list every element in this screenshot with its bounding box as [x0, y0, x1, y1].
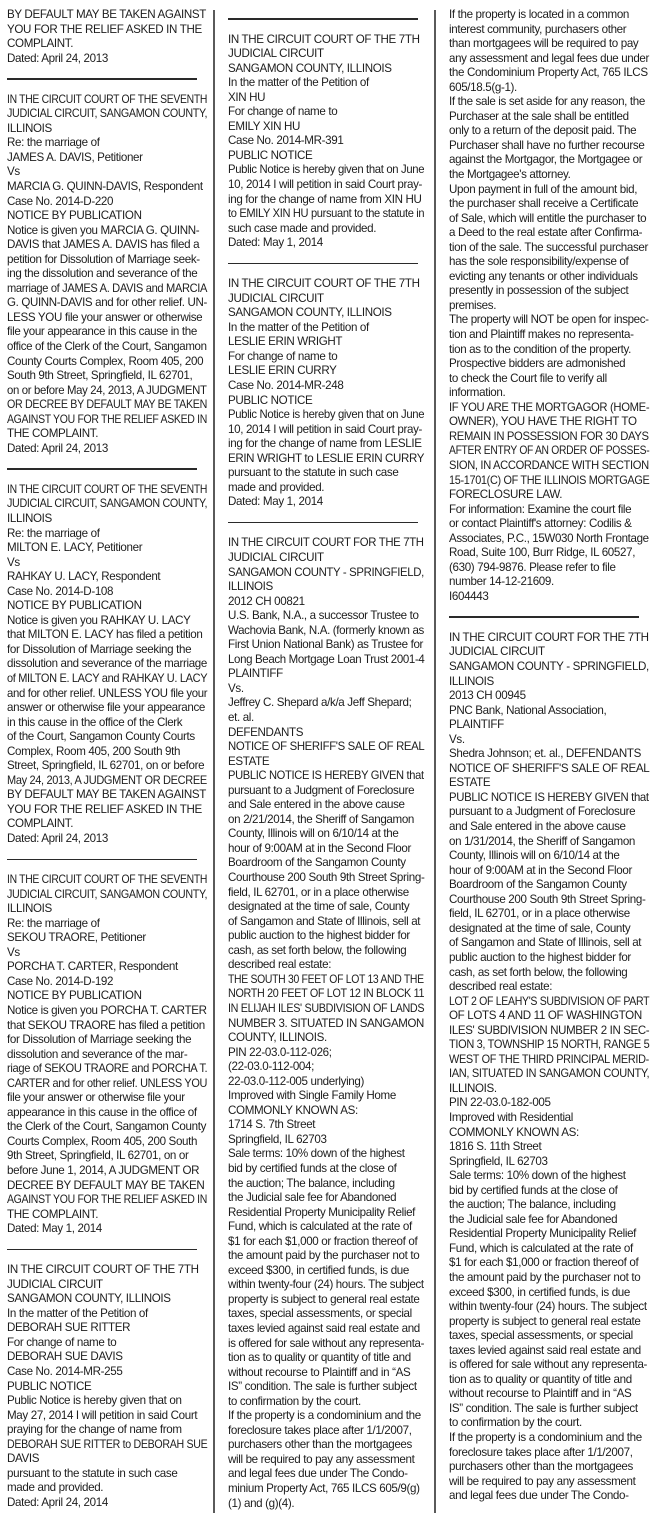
notice-line: 2012 CH 00821 [228, 595, 424, 610]
notice-line: only to a return of the deposit paid. Th… [449, 124, 649, 139]
notice-line: field, IL 62701, or in a place otherwise [449, 907, 649, 922]
notice-line: Wachovia Bank, N.A. (formerly known as [228, 624, 423, 639]
notice-line: PLAINTIFF [228, 667, 424, 682]
notice-line: will be required to pay any assessment [228, 1453, 424, 1468]
notice-line: Courthouse 200 South 9th Street Spring- [449, 893, 649, 908]
notice-line: of Sangamon and State of Illinois, sell … [228, 915, 424, 930]
notice-line: IS” condition. The sale is further subje… [228, 1380, 424, 1395]
column-middle: IN THE CIRCUIT COURT OF THE 7THJUDICIAL … [228, 8, 424, 1511]
column-divider [434, 10, 436, 1513]
notice-line: taxes levied against said real estate an… [449, 1344, 649, 1359]
notice-line: the amount paid by the purchaser not to [449, 1271, 649, 1286]
notice-line: DEBORAH SUE RITTER to DEBORAH SUE [7, 1438, 190, 1453]
notice-line: CARTER and for other relief. UNLESS YOU [7, 1077, 196, 1092]
column-left: BY DEFAULT MAY BE TAKEN AGAINSTYOU FOR T… [7, 8, 207, 1511]
notice-line: ERIN WRIGHT to LESLIE ERIN CURRY [228, 452, 423, 467]
notice-line: a Deed to the real estate after Confirma… [449, 226, 649, 241]
notice-line: any assessment and legal fees due under [449, 52, 648, 67]
notice-line: Dated: April 24, 2014 [7, 1496, 207, 1511]
notice-line: PLAINTIFF [449, 718, 649, 733]
notice-line: Case No. 2014-MR-255 [7, 1365, 207, 1380]
notice-line: (1) and (g)(4). [228, 1497, 424, 1512]
notice-line: hour of 9:00AM at in the Second Floor [449, 864, 649, 879]
section-rule [228, 522, 418, 524]
notice-line: BY DEFAULT MAY BE TAKEN AGAINST [7, 788, 207, 803]
notice-line: IF YOU ARE THE MORTGAGOR (HOME- [449, 401, 643, 416]
notice-line: on 1/31/2014, the Sheriff of Sangamon [449, 835, 649, 850]
notice-line: foreclosure takes place after 1/1/2007, [228, 1424, 424, 1439]
notice-line: PIN 22-03.0-112-026; [228, 1046, 424, 1061]
section-rule [7, 859, 197, 861]
notice-line: tion of the sale. The successful purchas… [449, 241, 649, 256]
notice-line: Sale terms: 10% down of the highest [228, 1147, 424, 1162]
notice-line: IAN, SITUATED IN SANGAMON COUNTY, [449, 1067, 639, 1082]
notice-line: will be required to pay any assessment [449, 1475, 649, 1490]
notice-line: PUBLIC NOTICE [228, 394, 424, 409]
notice-line: If the sale is set aside for any reason,… [449, 95, 649, 110]
notice-line: and legal fees due under The Condo- [449, 1489, 649, 1504]
notice-line: on 2/21/2014, the Sheriff of Sangamon [228, 813, 424, 828]
notice-line: JUDICIAL CIRCUIT, SANGAMON COUNTY, [7, 888, 192, 903]
notice-line: NORTH 20 FEET OF LOT 12 IN BLOCK 11 [228, 987, 410, 1002]
notice-line: Purchaser at the sale shall be entitled [449, 110, 649, 125]
notice-line: ESTATE [228, 755, 424, 770]
notice-line: dissolution and severance of the mar- [7, 1048, 207, 1063]
legal-notice: BY DEFAULT MAY BE TAKEN AGAINSTYOU FOR T… [7, 8, 207, 66]
notice-line: without recourse to Plaintiff and in “AS [449, 1387, 649, 1402]
notice-line: 10, 2014 I will petition in said Court p… [228, 178, 424, 193]
notice-line: the Condominium Property Act, 765 ILCS [449, 66, 649, 81]
notice-line: designated at the time of sale, County [228, 900, 424, 915]
notice-line: within twenty-four (24) hours. The subje… [449, 1300, 649, 1315]
notice-line: to confirmation by the court. [449, 1416, 649, 1431]
legal-notices-page: BY DEFAULT MAY BE TAKEN AGAINSTYOU FOR T… [0, 0, 667, 1513]
notice-line: May 27, 2014 I will petition in said Cou… [7, 1409, 207, 1424]
notice-line: BY DEFAULT MAY BE TAKEN AGAINST [7, 8, 207, 23]
notice-line: described real estate: [449, 980, 649, 995]
notice-line: $1 for each $1,000 or fraction thereof o… [228, 1235, 424, 1250]
notice-line: tion as to quality or quantity of title … [449, 1373, 649, 1388]
notice-line: for Dissolution of Marriage seeking the [7, 1033, 207, 1048]
notice-line: In the matter of the Petition of [228, 76, 424, 91]
notice-line: or contact Plaintiff's attorney: Codilis… [449, 517, 649, 532]
notice-line: is offered for sale without any represen… [449, 1358, 649, 1373]
notice-line: Improved with Residential [449, 1111, 649, 1126]
notice-line: 605/18.5(g-1). [449, 81, 649, 96]
notice-line: I604443 [449, 590, 649, 605]
notice-line: Vs [7, 165, 207, 180]
notice-line: DAVIS [7, 1452, 207, 1467]
notice-line: against the Mortgagor, the Mortgagee or [449, 153, 649, 168]
notice-line: (630) 794-9876. Please refer to file [449, 561, 649, 576]
column-right: If the property is located in a commonin… [449, 8, 649, 1504]
notice-line: Dated: April 24, 2013 [7, 52, 207, 67]
notice-line: MILTON E. LACY, Petitioner [7, 541, 207, 556]
notice-line: NOTICE BY PUBLICATION [7, 599, 207, 614]
notice-line: ing for the change of name from XIN HU [228, 193, 424, 208]
notice-line: PUBLIC NOTICE IS HEREBY GIVEN that [449, 791, 645, 806]
legal-notice: IN THE CIRCUIT COURT OF THE 7THJUDICIAL … [228, 277, 424, 510]
notice-line: IN THE CIRCUIT COURT OF THE SEVENTH [7, 873, 186, 888]
notice-line: IN THE CIRCUIT COURT OF THE 7TH [228, 277, 424, 292]
notice-line: For change of name to [228, 105, 424, 120]
notice-line: ILLINOIS [228, 580, 424, 595]
notice-line: Road, Suite 100, Burr Ridge, IL 60527, [449, 546, 649, 561]
notice-line: PUBLIC NOTICE [228, 149, 424, 164]
notice-line: ILLINOIS [7, 512, 207, 527]
notice-line: purchasers other than the mortgagees [449, 1460, 649, 1475]
notice-line: If the property is a condominium and the [228, 1409, 424, 1424]
notice-line: ILLINOIS. [449, 1082, 649, 1097]
notice-line: DEFENDANTS [228, 726, 424, 741]
notice-line: within twenty-four (24) hours. The subje… [228, 1278, 422, 1293]
notice-line: cash, as set forth below, the following [228, 944, 424, 959]
notice-line: G. QUINN-DAVIS and for other relief. UN- [7, 296, 206, 311]
notice-line: LOT 2 OF LEAHY'S SUBDIVISION OF PART [449, 995, 631, 1010]
notice-line: FORECLOSURE LAW. [449, 488, 649, 503]
notice-line: than mortgagees will be required to pay [449, 37, 649, 52]
notice-line: IN THE CIRCUIT COURT FOR THE 7TH [228, 536, 420, 551]
notice-line: dissolution and severance of the marriag… [7, 657, 206, 672]
notice-line: Dated: April 24, 2013 [7, 832, 207, 847]
notice-line: County Courts Complex, Room 405, 200 [7, 355, 207, 370]
notice-line: OF LOTS 4 AND 11 OF WASHINGTON [449, 1009, 649, 1024]
notice-line: designated at the time of sale, County [449, 922, 649, 937]
legal-notice: IN THE CIRCUIT COURT FOR THE 7THJUDICIAL… [228, 536, 424, 1511]
notice-line: JUDICIAL CIRCUIT [228, 47, 424, 62]
notice-line: Shedra Johnson; et. al., DEFENDANTS [449, 747, 649, 762]
notice-line: SANGAMON COUNTY, ILLINOIS [7, 1292, 207, 1307]
notice-line: tion as to the condition of the property… [449, 343, 649, 358]
notice-line: the purchaser shall receive a Certificat… [449, 197, 649, 212]
notice-line: described real estate: [228, 958, 424, 973]
notice-line: 1714 S. 7th Street [228, 1118, 424, 1133]
notice-line: the auction; The balance, including [449, 1198, 649, 1213]
notice-line: Boardroom of the Sangamon County [228, 856, 424, 871]
notice-line: and for other relief. UNLESS YOU file yo… [7, 687, 203, 702]
notice-line: OR DECREE BY DEFAULT MAY BE TAKEN [7, 398, 191, 413]
notice-line: SEKOU TRAORE, Petitioner [7, 931, 207, 946]
notice-line: marriage of JAMES A. DAVIS and MARCIA [7, 282, 198, 297]
notice-line: IN THE CIRCUIT COURT FOR THE 7TH [449, 631, 649, 646]
notice-line: MARCIA G. QUINN-DAVIS, Respondent [7, 180, 207, 195]
notice-line: Dated: April 24, 2013 [7, 442, 207, 457]
notice-line: Jeffrey C. Shepard a/k/a Jeff Shepard; [228, 696, 424, 711]
notice-line: SANGAMON COUNTY - SPRINGFIELD, [228, 566, 420, 581]
notice-line: for Dissolution of Marriage seeking the [7, 643, 207, 658]
notice-line: evicting any tenants or other individual… [449, 270, 649, 285]
notice-line: DEBORAH SUE DAVIS [7, 1350, 207, 1365]
notice-line: bid by certified funds at the close of [449, 1184, 649, 1199]
notice-line: AFTER ENTRY OF AN ORDER OF POSSES- [449, 444, 627, 459]
notice-line: YOU FOR THE RELIEF ASKED IN THE [7, 803, 207, 818]
notice-line: interest community, purchasers other [449, 23, 649, 38]
notice-line: NOTICE OF SHERIFF'S SALE OF REAL [449, 762, 649, 777]
notice-line: DECREE BY DEFAULT MAY BE TAKEN [7, 1179, 207, 1194]
notice-line: ILLINOIS [449, 675, 649, 690]
notice-line: Springfield, IL 62703 [449, 1155, 649, 1170]
notice-line: ILLINOIS [7, 122, 207, 137]
notice-line: LESLIE ERIN WRIGHT [228, 335, 424, 350]
notice-line: Upon payment in full of the amount bid, [449, 183, 649, 198]
notice-line: THE COMPLAINT. [7, 427, 207, 442]
notice-line: number 14-12-21609. [449, 575, 649, 590]
notice-line: South 9th Street, Springfield, IL 62701, [7, 369, 207, 384]
notice-line: Case No. 2014-D-220 [7, 195, 207, 210]
section-rule [7, 468, 197, 470]
notice-line: Purchaser shall have no further recourse [449, 139, 649, 154]
notice-line: that MILTON E. LACY has filed a petition [7, 628, 207, 643]
notice-line: to EMILY XIN HU pursuant to the statute … [228, 207, 415, 222]
notice-line: Improved with Single Family Home [228, 1089, 424, 1104]
notice-line: Case No. 2014-D-192 [7, 975, 207, 990]
notice-line: Dated: May 1, 2014 [228, 236, 424, 251]
notice-line: IN THE CIRCUIT COURT OF THE 7TH [228, 33, 424, 48]
notice-line: Complex, Room 405, 200 South 9th [7, 745, 207, 760]
notice-line: LESLIE ERIN CURRY [228, 364, 424, 379]
notice-line: PIN 22-03.0-182-005 [449, 1096, 649, 1111]
notice-line: Re: the marriage of [7, 136, 207, 151]
notice-line: of MILTON E. LACY and RAHKAY U. LACY [7, 672, 197, 687]
notice-line: Boardroom of the Sangamon County [449, 878, 649, 893]
notice-line: 1816 S. 11th Street [449, 1140, 649, 1155]
notice-line: Prospective bidders are admonished [449, 357, 649, 372]
notice-line: The property will NOT be open for inspec… [449, 313, 648, 328]
notice-line: SANGAMON COUNTY, ILLINOIS [228, 306, 424, 321]
notice-line: In the matter of the Petition of [228, 321, 424, 336]
notice-line: XIN HU [228, 91, 424, 106]
notice-line: 10, 2014 I will petition in said Court p… [228, 423, 424, 438]
notice-line: COMMONLY KNOWN AS: [228, 1104, 424, 1119]
notice-line: riage of SEKOU TRAORE and PORCHA T. [7, 1062, 199, 1077]
notice-line: to check the Court file to verify all [449, 372, 649, 387]
notice-line: THE COMPLAINT. [7, 1208, 207, 1223]
notice-line: of Sangamon and State of Illinois, sell … [449, 936, 649, 951]
notice-line: Dated: May 1, 2014 [228, 495, 424, 510]
notice-line: IN ELIJAH ILES' SUBDIVISION OF LANDS [228, 1002, 410, 1017]
notice-line: tion and Plaintiff makes no representa- [449, 328, 649, 343]
notice-line: First Union National Bank) as Trustee fo… [228, 638, 424, 653]
notice-line: Public Notice is hereby given that on Ju… [228, 408, 419, 423]
notice-line: before June 1, 2014, A JUDGMENT OR [7, 1164, 207, 1179]
notice-line: made and provided. [228, 481, 424, 496]
notice-line: COMPLAINT. [7, 817, 207, 832]
section-rule [7, 1249, 197, 1251]
notice-line: tion as to quality or quantity of title … [228, 1351, 424, 1366]
notice-line: TION 3, TOWNSHIP 15 NORTH, RANGE 5 [449, 1038, 639, 1053]
notice-line: JUDICIAL CIRCUIT [228, 551, 424, 566]
notice-line: Re: the marriage of [7, 917, 207, 932]
notice-line: Notice is given you PORCHA T. CARTER [7, 1004, 207, 1019]
notice-line: JUDICIAL CIRCUIT [228, 292, 424, 307]
section-rule [449, 616, 639, 618]
notice-line: JUDICIAL CIRCUIT [449, 645, 649, 660]
notice-line: For change of name to [228, 350, 424, 365]
notice-line: IN THE CIRCUIT COURT OF THE 7TH [7, 1263, 207, 1278]
notice-line: pursuant to the statute in such case [228, 466, 424, 481]
notice-line: NOTICE BY PUBLICATION [7, 209, 207, 224]
legal-notice: IN THE CIRCUIT COURT OF THE 7THJUDICIAL … [7, 1263, 207, 1510]
notice-line: Residential Property Municipality Relief [228, 1206, 424, 1221]
notice-line: et. al. [228, 711, 424, 726]
notice-line: petition for Dissolution of Marriage see… [7, 253, 207, 268]
notice-line: In the matter of the Petition of [7, 1307, 207, 1322]
notice-line: public auction to the highest bidder for [228, 929, 424, 944]
notice-line: JAMES A. DAVIS, Petitioner [7, 151, 207, 166]
notice-line: exceed $300, in certified funds, is due [449, 1286, 649, 1301]
notice-line: EMILY XIN HU [228, 120, 424, 135]
notice-line: pursuant to a Judgment of Foreclosure [228, 784, 424, 799]
notice-line: field, IL 62701, or in a place otherwise [228, 886, 424, 901]
notice-line: Courts Complex, Room 405, 200 South [7, 1135, 207, 1150]
notice-line: on or before May 24, 2013, A JUDGMENT [7, 384, 203, 399]
notice-line: NOTICE BY PUBLICATION [7, 989, 207, 1004]
notice-line: the Mortgagee's attorney. [449, 168, 649, 183]
notice-line: Associates, P.C., 15W030 North Frontage [449, 532, 648, 547]
notice-line: For change of name to [7, 1336, 207, 1351]
notice-line: Sale terms: 10% down of the highest [449, 1169, 649, 1184]
notice-line: SANGAMON COUNTY, ILLINOIS [228, 62, 424, 77]
notice-line: the Clerk of the Court, Sangamon County [7, 1120, 207, 1135]
notice-line: Fund, which is calculated at the rate of [449, 1242, 649, 1257]
notice-line: Street, Springfield, IL 62701, on or bef… [7, 759, 207, 774]
notice-line: Long Beach Mortgage Loan Trust 2001-4 [228, 653, 422, 668]
notice-line: COMMONLY KNOWN AS: [449, 1126, 649, 1141]
notice-line: IN THE CIRCUIT COURT OF THE SEVENTH [7, 483, 186, 498]
notice-line: COMPLAINT. [7, 37, 207, 52]
notice-line: Courthouse 200 South 9th Street Spring- [228, 871, 424, 886]
notice-line: OWNER), YOU HAVE THE RIGHT TO [449, 415, 649, 430]
section-rule [7, 78, 197, 80]
notice-line: DEBORAH SUE RITTER [7, 1321, 207, 1336]
notice-line: If the property is a condominium and the [449, 1431, 649, 1446]
notice-line: property is subject to general real esta… [449, 1315, 649, 1330]
notice-line: Re: the marriage of [7, 527, 207, 542]
notice-line: is offered for sale without any represen… [228, 1337, 422, 1352]
notice-line: SANGAMON COUNTY - SPRINGFIELD, [449, 660, 649, 675]
notice-line: THE SOUTH 30 FEET OF LOT 13 AND THE [228, 973, 404, 988]
notice-line: If the property is located in a common [449, 8, 649, 23]
notice-line: has the sole responsibility/expense of [449, 255, 649, 270]
notice-line: and Sale entered in the above cause [449, 820, 649, 835]
notice-line: pursuant to the statute in such case [7, 1467, 207, 1482]
notice-line: that SEKOU TRAORE has filed a petition [7, 1019, 207, 1034]
notice-line: the Judicial sale fee for Abandoned [228, 1191, 424, 1206]
notice-line: PNC Bank, National Association, [449, 704, 649, 719]
notice-line: County, Illinois will on 6/10/14 at the [449, 849, 649, 864]
notice-line: IS” condition. The sale is further subje… [449, 1402, 649, 1417]
notice-line: praying for the change of name from [7, 1423, 207, 1438]
notice-line: YOU FOR THE RELIEF ASKED IN THE [7, 23, 207, 38]
notice-line: Public Notice is hereby given that on [7, 1394, 207, 1409]
notice-line: PORCHA T. CARTER, Respondent [7, 960, 207, 975]
notice-line: County, Illinois will on 6/10/14 at the [228, 827, 424, 842]
notice-line: cash, as set forth below, the following [449, 966, 649, 981]
notice-line: 22-03.0-112-005 underlying) [228, 1075, 424, 1090]
notice-line: office of the Clerk of the Court, Sangam… [7, 340, 205, 355]
notice-line: such case made and provided. [228, 222, 424, 237]
notice-line: U.S. Bank, N.A., a successor Trustee to [228, 609, 424, 624]
notice-line: minium Property Act, 765 ILCS 605/9(g) [228, 1482, 424, 1497]
notice-line: NOTICE OF SHERIFF'S SALE OF REAL [228, 740, 420, 755]
notice-line: ing for the change of name from LESLIE [228, 437, 424, 452]
notice-line: JUDICIAL CIRCUIT [7, 1278, 207, 1293]
notice-line: file your answer or otherwise file your [7, 1091, 207, 1106]
section-rule [228, 263, 418, 265]
notice-line: LESS YOU file your answer or otherwise [7, 311, 207, 326]
notice-line: information. [449, 386, 649, 401]
notice-line: For information: Examine the court file [449, 503, 649, 518]
notice-line: PUBLIC NOTICE [7, 1380, 207, 1395]
notice-line: Dated: May 1, 2014 [7, 1222, 207, 1237]
notice-line: presently in possession of the subject [449, 284, 649, 299]
notice-line: Vs. [449, 733, 649, 748]
notice-line: NUMBER 3. SITUATED IN SANGAMON [228, 1017, 422, 1032]
notice-line: answer or otherwise file your appearance [7, 701, 207, 716]
notice-line: Fund, which is calculated at the rate of [228, 1220, 424, 1235]
notice-line: Vs [7, 556, 207, 571]
notice-line: SION, IN ACCORDANCE WITH SECTION [449, 459, 641, 474]
notice-line: Vs [7, 946, 207, 961]
notice-line: (22-03.0-112-004; [228, 1060, 424, 1075]
notice-line: made and provided. [7, 1481, 207, 1496]
notice-line: Vs. [228, 682, 424, 697]
notice-line: hour of 9:00AM at in the Second Floor [228, 842, 424, 857]
notice-line: May 24, 2013, A JUDGMENT OR DECREE [7, 774, 197, 789]
notice-line: Notice is given you RAHKAY U. LACY [7, 614, 207, 629]
notice-line: WEST OF THE THIRD PRINCIPAL MERID- [449, 1053, 637, 1068]
notice-line: pursuant to a Judgment of Foreclosure [449, 805, 649, 820]
notice-line: the amount paid by the purchaser not to [228, 1249, 424, 1264]
notice-line: in this cause in the office of the Clerk [7, 716, 207, 731]
notice-line: Public Notice is hereby given that on Ju… [228, 163, 419, 178]
notice-line: taxes, special assessments, or special [228, 1307, 424, 1322]
legal-notice: IN THE CIRCUIT COURT OF THE SEVENTHJUDIC… [7, 873, 207, 1237]
notice-line: RAHKAY U. LACY, Respondent [7, 570, 207, 585]
notice-line: AGAINST YOU FOR THE RELIEF ASKED IN [7, 1193, 188, 1208]
notice-line: bid by certified funds at the close of [228, 1162, 424, 1177]
notice-line: and legal fees due under The Condo- [228, 1467, 424, 1482]
notice-line: taxes, special assessments, or special [449, 1329, 649, 1344]
notice-line: exceed $300, in certified funds, is due [228, 1264, 424, 1279]
notice-line: COUNTY, ILLINOIS. [228, 1031, 424, 1046]
notice-line: 9th Street, Springfield, IL 62701, on or [7, 1149, 207, 1164]
section-rule [228, 18, 418, 20]
notice-line: AGAINST YOU FOR THE RELIEF ASKED IN [7, 413, 188, 428]
notice-line: DAVIS that JAMES A. DAVIS has filed a [7, 238, 207, 253]
notice-line: ILES' SUBDIVISION NUMBER 2 IN SEC- [449, 1024, 647, 1039]
notice-line: Notice is given you MARCIA G. QUINN- [7, 224, 207, 239]
notice-line: foreclosure takes place after 1/1/2007, [449, 1446, 649, 1461]
notice-line: REMAIN IN POSSESSION FOR 30 DAYS [449, 430, 643, 445]
notice-line: PUBLIC NOTICE IS HEREBY GIVEN that [228, 769, 416, 784]
notice-line: public auction to the highest bidder for [449, 951, 649, 966]
notice-line: premises. [449, 299, 649, 314]
notice-line: the Judicial sale fee for Abandoned [449, 1213, 649, 1228]
notice-line: Case No. 2014-D-108 [7, 585, 207, 600]
notice-line: 15-1701(C) OF THE ILLINOIS MORTGAGE [449, 474, 637, 489]
notice-line: file your appearance in this cause in th… [7, 325, 207, 340]
notice-line: ing the dissolution and severance of the [7, 267, 207, 282]
notice-line: Case No. 2014-MR-248 [228, 379, 424, 394]
notice-line: appearance in this cause in the office o… [7, 1106, 207, 1121]
notice-line: IN THE CIRCUIT COURT OF THE SEVENTH [7, 93, 186, 108]
notice-line: property is subject to general real esta… [228, 1293, 424, 1308]
notice-line: ILLINOIS [7, 902, 207, 917]
notice-line: ESTATE [449, 776, 649, 791]
legal-notice: IN THE CIRCUIT COURT FOR THE 7THJUDICIAL… [449, 631, 649, 1504]
notice-line: taxes levied against said real estate an… [228, 1322, 424, 1337]
